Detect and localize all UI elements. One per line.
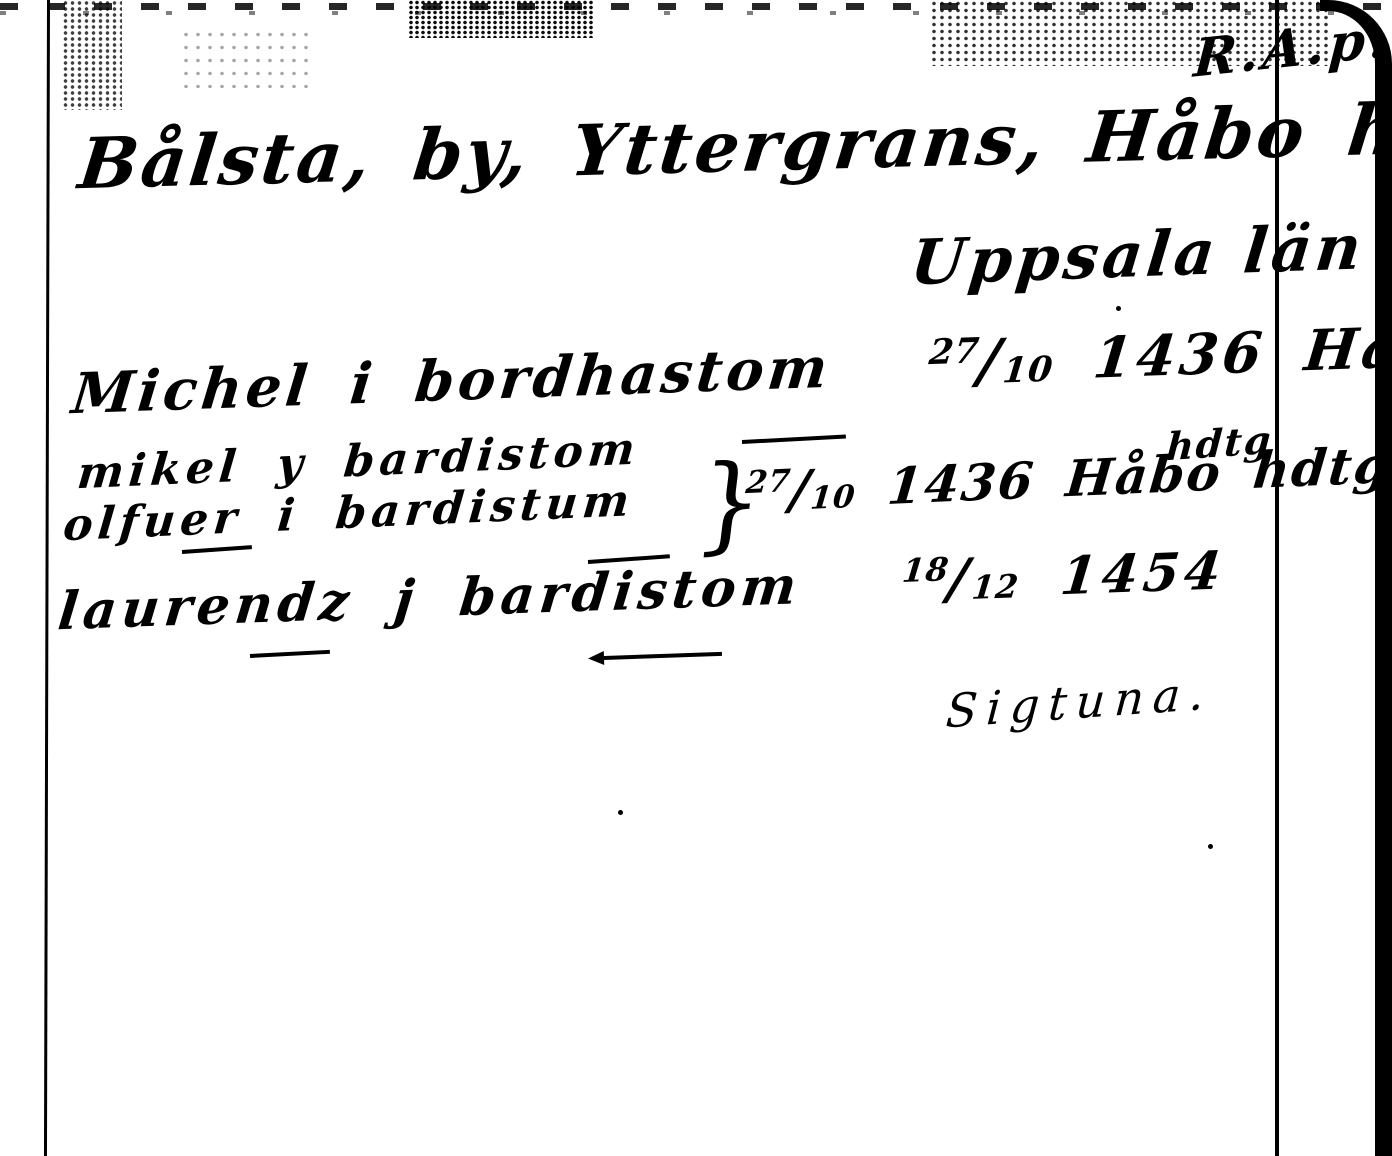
entry-1-year: 1436 xyxy=(1090,319,1269,391)
entry-2-date-month: 10 xyxy=(809,479,858,517)
heading-county-line: Uppsala län xyxy=(907,210,1368,299)
note-sigtuna: Sigtuna. xyxy=(944,665,1215,738)
archive-card: R.A.p. Bålsta, by, Yttergrans, Håbo hd, … xyxy=(0,0,1392,1156)
spacer xyxy=(840,601,858,602)
entry-3-year: 1454 xyxy=(1058,540,1229,607)
entry-2-date: 27/10 xyxy=(742,458,859,522)
entry-3-name: laurendz j bardistom xyxy=(55,555,804,642)
underline-mark xyxy=(742,435,846,444)
entry-1-date-day: 27 xyxy=(927,330,982,373)
scan-noise-speckle xyxy=(180,28,310,88)
underline-mark xyxy=(250,650,330,658)
spacer xyxy=(869,385,887,386)
entry-3: laurendz j bardistom 18/12 1454 xyxy=(55,537,1229,642)
entry-3-date-day: 18 xyxy=(900,550,951,590)
entry-1: Michel i bordhastom 27/10 1436 Håbo xyxy=(69,309,1392,428)
ink-speck xyxy=(1208,844,1213,849)
underline-mark xyxy=(182,545,252,554)
entry-3-date: 18/12 xyxy=(898,547,1023,612)
heading-placename-line: Bålsta, by, Yttergrans, Håbo hd, xyxy=(75,85,1392,205)
card-left-edge-line xyxy=(44,0,50,1156)
ink-speck xyxy=(1116,306,1121,311)
entry-1-name: Michel i bordhastom xyxy=(69,335,835,428)
ink-speck xyxy=(618,810,623,815)
scan-noise-speckle xyxy=(62,0,122,110)
entry-1-date-month: 10 xyxy=(1001,349,1056,392)
entry-2-year: 1436 xyxy=(885,450,1038,516)
entry-2-date-day: 27 xyxy=(744,463,793,501)
scan-noise-speckle xyxy=(408,0,593,38)
entry-1-place: Håbo xyxy=(1301,312,1392,385)
entry-3-date-month: 12 xyxy=(970,567,1021,607)
underline-arrow-mark xyxy=(604,652,722,660)
card-right-edge xyxy=(1320,0,1392,1156)
entry-1-date: 27/10 xyxy=(925,327,1058,398)
